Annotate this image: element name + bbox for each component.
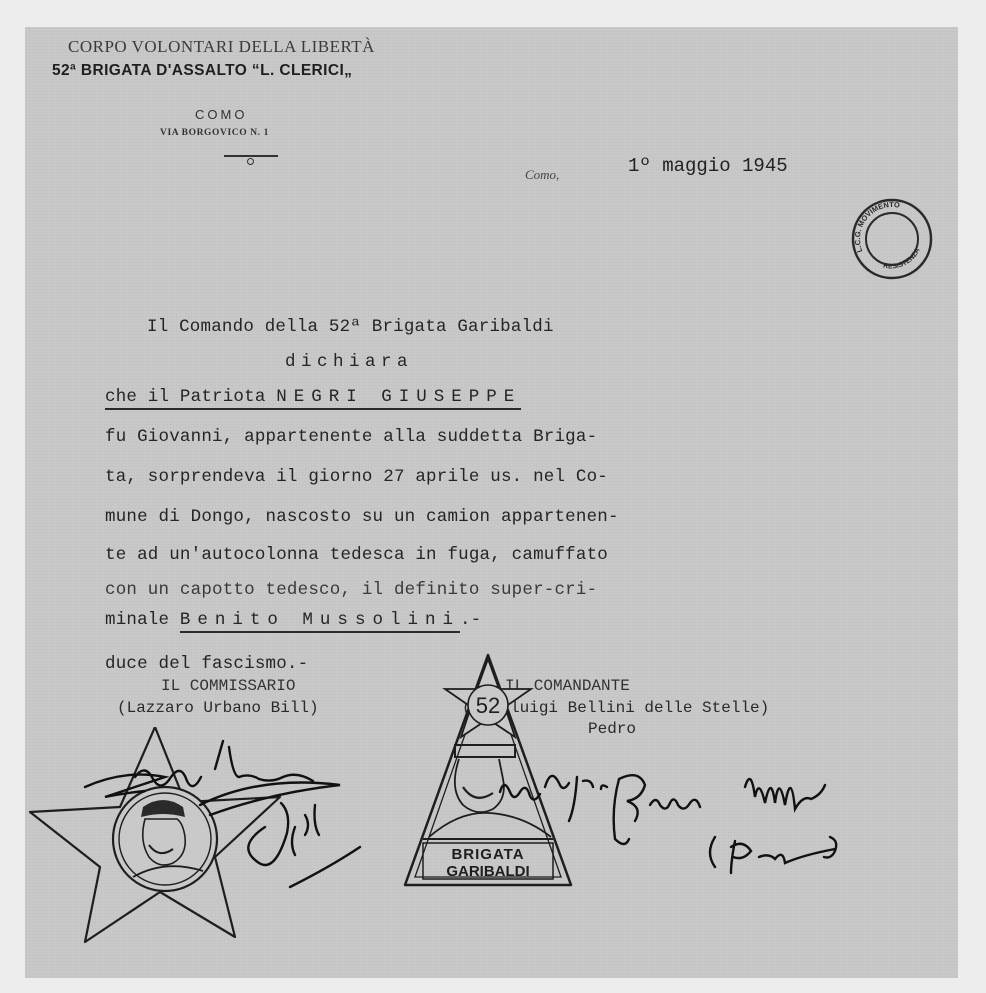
body-line-patriot: che il Patriota NEGRI GIUSEPPE [105,387,521,410]
letterhead-ornament-icon [247,158,254,165]
patriot-prefix: che il Patriota [105,387,276,407]
body-line: te ad un'autocolonna tedesca in fuga, ca… [105,545,608,565]
body-line: con un capotto tedesco, il definito supe… [105,580,597,600]
criminal-name: Benito Mussolini [180,610,460,633]
patriot-name: NEGRI GIUSEPPE [276,387,521,407]
letterhead-organization: CORPO VOLONTARI DELLA LIBERTÀ [68,37,375,57]
triangle-stamp-icon: 52 BRIGATA GARIBALDI [393,647,583,897]
declaration-verb: dichiara [285,352,413,372]
triangle-stamp-number: 52 [476,693,500,718]
letterhead-address: VIA BORGOVICO N. 1 [160,128,269,138]
round-stamp-bottom-text: RESISTENZA [880,243,925,278]
star-stamp-icon [25,727,365,947]
body-line: mune di Dongo, nascosto su un camion app… [105,507,619,527]
body-line: fu Giovanni, appartenente alla suddetta … [105,427,597,447]
comandante-alias: Pedro [588,720,636,738]
letterhead-city: COMO [195,107,247,122]
commissario-title: IL COMMISSARIO [161,677,295,695]
svg-text:L.C.G. MOVIMENTO: L.C.G. MOVIMENTO [850,197,913,255]
declaration-heading: Il Comando della 52ª Brigata Garibaldi [147,317,554,337]
letterhead-divider [224,155,278,157]
document-page: CORPO VOLONTARI DELLA LIBERTÀ 52ª BRIGAT… [25,27,958,978]
round-stamp-icon: L.C.G. MOVIMENTO RESISTENZA [850,197,934,281]
round-stamp-top-text: L.C.G. MOVIMENTO [850,197,913,255]
body-line-criminal: minale Benito Mussolini.- [105,610,481,630]
commissario-name: (Lazzaro Urbano Bill) [117,699,319,717]
criminal-suffix: .- [460,610,481,630]
body-line: ta, sorprendeva il giorno 27 aprile us. … [105,467,608,487]
letterhead-brigade: 52ª BRIGATA D'ASSALTO “L. CLERICI„ [52,62,352,80]
criminal-prefix: minale [105,610,180,630]
date-value: 1º maggio 1945 [628,155,788,177]
svg-text:RESISTENZA: RESISTENZA [880,243,925,278]
body-line: duce del fascismo.- [105,654,308,674]
triangle-stamp-line1: BRIGATA [451,846,524,863]
date-place: Como, [525,167,559,183]
triangle-stamp-line2: GARIBALDI [446,863,529,880]
